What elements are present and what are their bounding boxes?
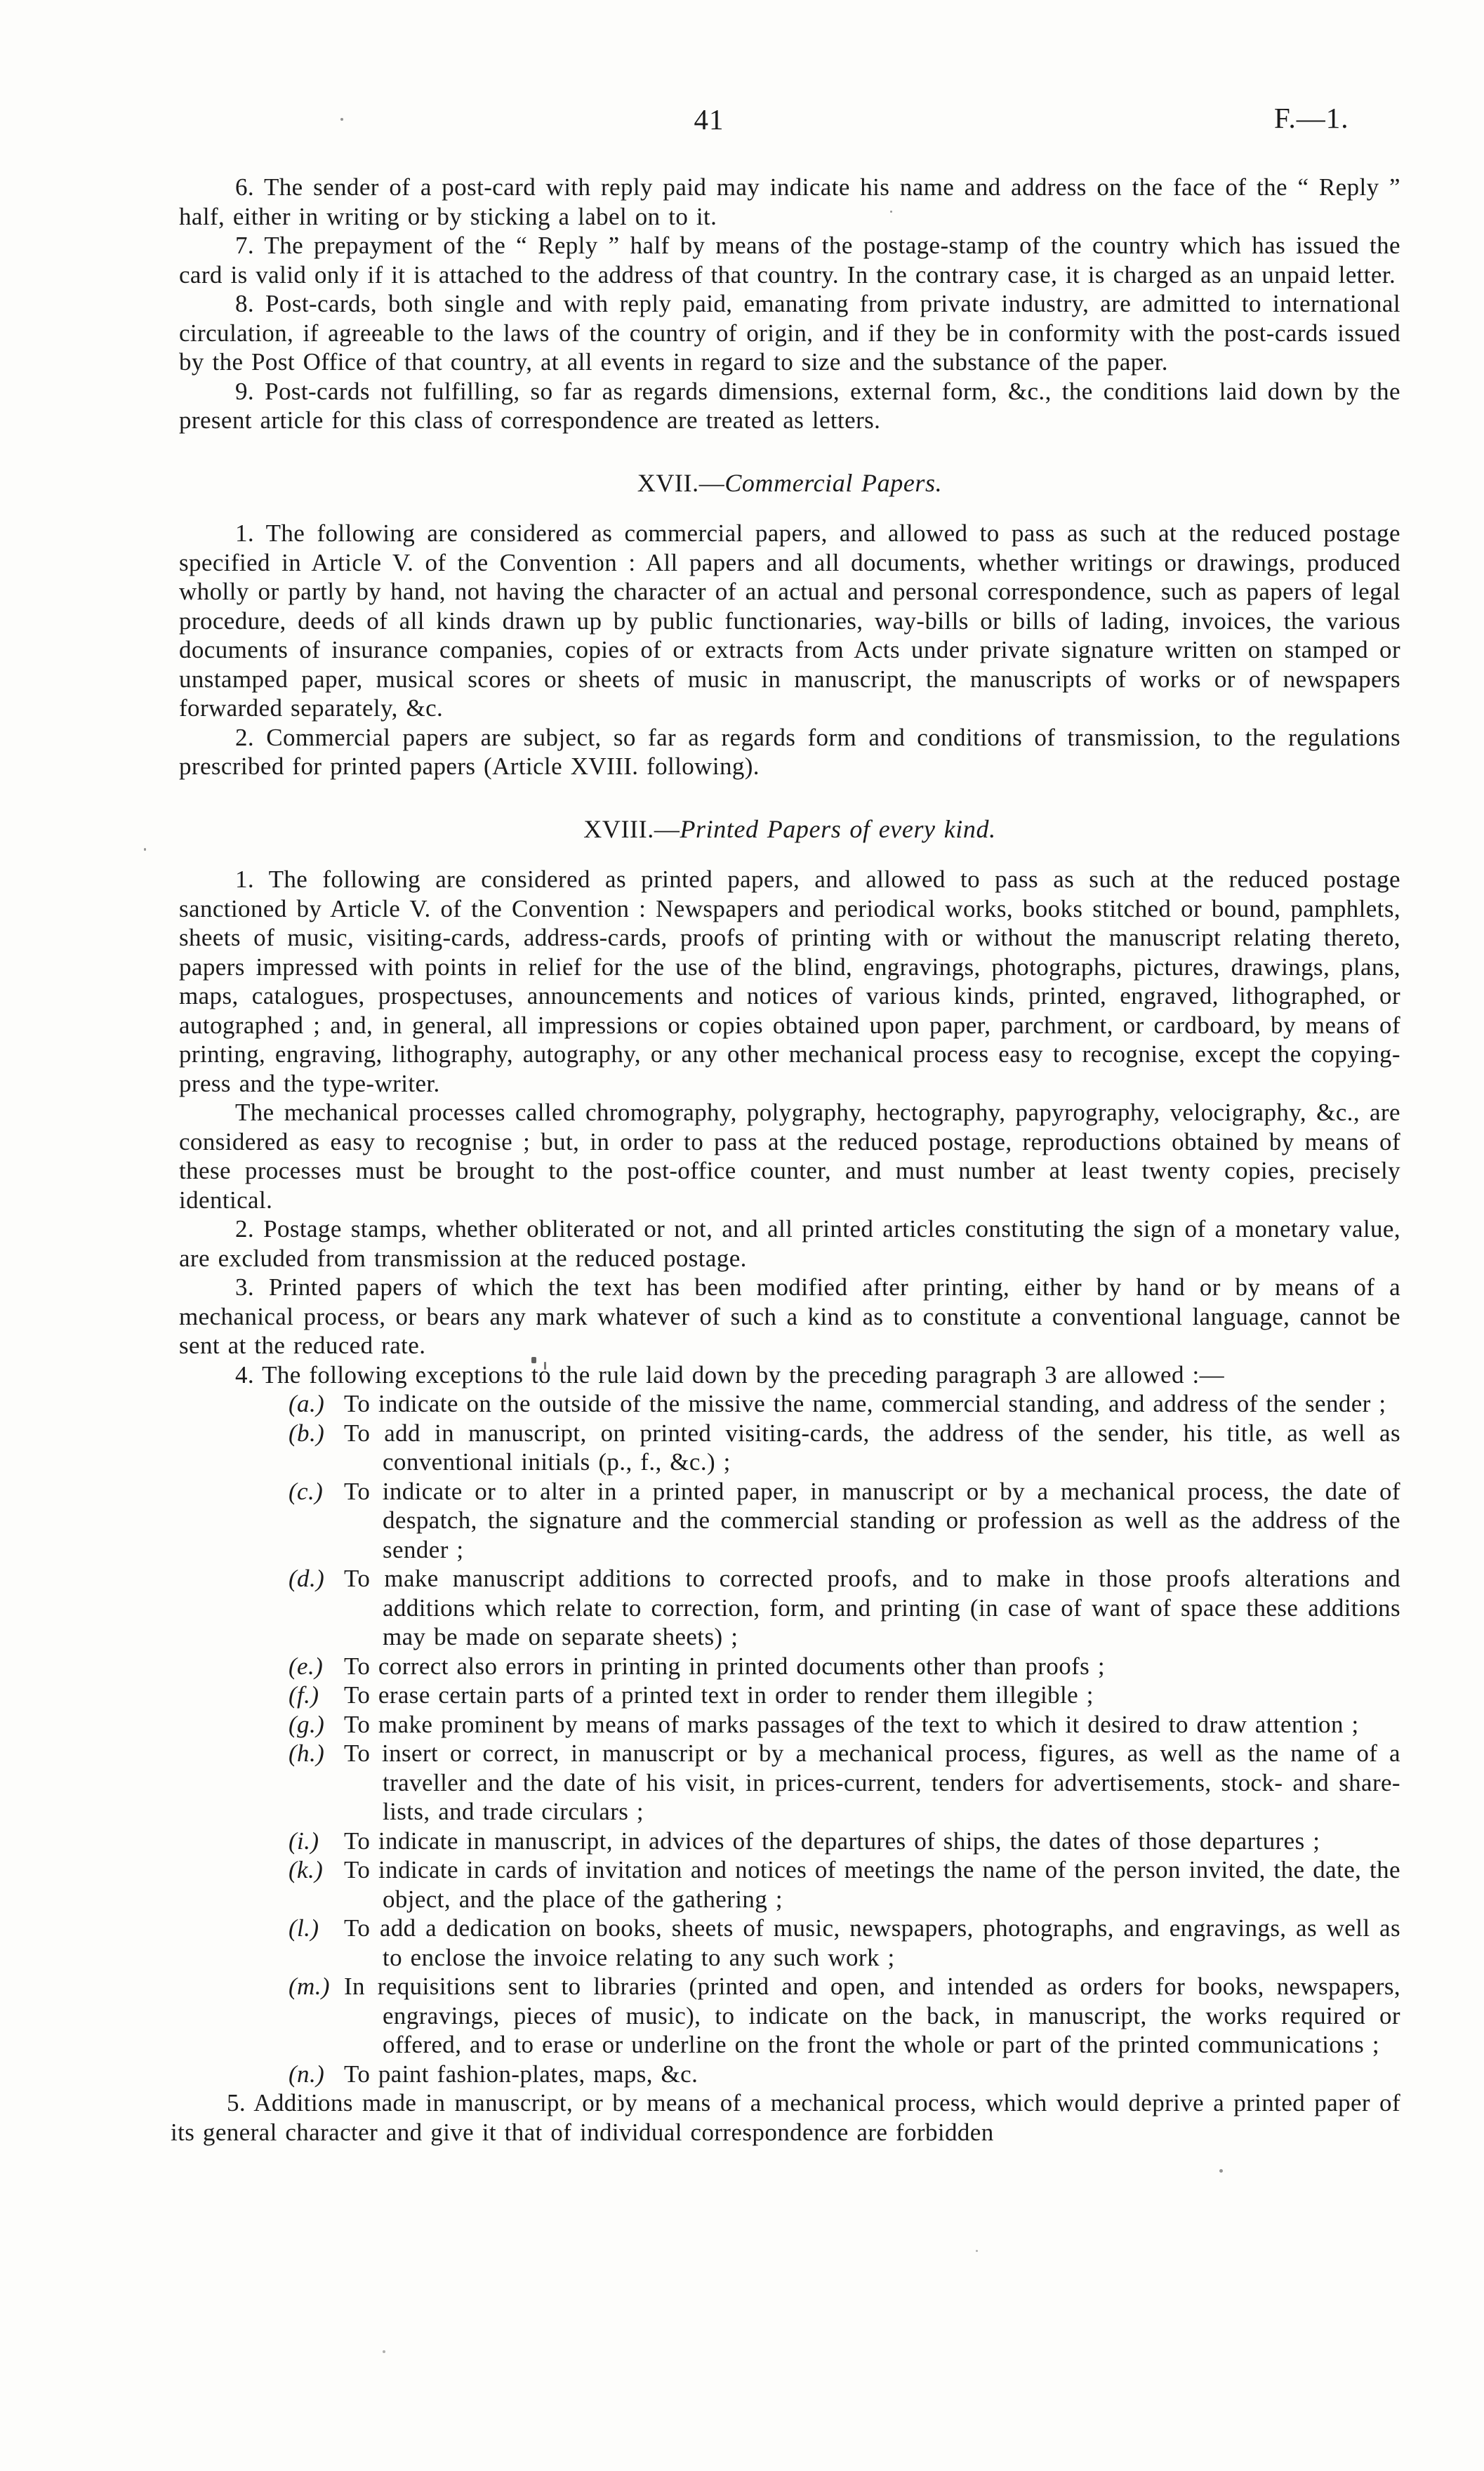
scan-speck — [144, 848, 146, 851]
printed-papers-paragraph-2: 2. Postage stamps, whether obliterated o… — [179, 1214, 1400, 1273]
scan-speck — [340, 118, 343, 121]
exception-label: (m.) — [289, 1972, 344, 2001]
paragraph-9-noncompliant-postcards: 9. Post-cards not fulfilling, so far as … — [179, 377, 1400, 435]
section-number-xviii: XVIII.— — [583, 815, 680, 843]
exception-item-k: (k.)To indicate in cards of invitation a… — [179, 1855, 1400, 1914]
exception-label: (f.) — [289, 1681, 344, 1710]
exception-label: (n.) — [289, 2060, 344, 2089]
printed-papers-paragraph-1: 1. The following are considered as print… — [179, 865, 1400, 1098]
exception-item-h: (h.)To insert or correct, in manuscript … — [179, 1739, 1400, 1827]
section-title-printed-papers: Printed Papers of every kind. — [680, 815, 995, 843]
exception-text: To make prominent by means of marks pass… — [344, 1711, 1359, 1738]
section-heading-xvii: XVII.—Commercial Papers. — [179, 469, 1400, 498]
exception-label: (k.) — [289, 1855, 344, 1885]
exception-text: To erase certain parts of a printed text… — [344, 1681, 1094, 1709]
exception-item-a: (a.)To indicate on the outside of the mi… — [179, 1389, 1400, 1419]
exception-text: To correct also errors in printing in pr… — [344, 1652, 1105, 1680]
exception-label: (i.) — [289, 1827, 344, 1856]
commercial-papers-paragraph-2: 2. Commercial papers are subject, so far… — [179, 723, 1400, 781]
exception-label: (d.) — [289, 1564, 344, 1594]
exception-item-m: (m.)In requisitions sent to libraries (p… — [179, 1972, 1400, 2060]
exception-text: To indicate in manuscript, in advices of… — [344, 1827, 1320, 1855]
exception-item-e: (e.)To correct also errors in printing i… — [179, 1652, 1400, 1681]
printed-papers-paragraph-3: 3. Printed papers of which the text has … — [179, 1273, 1400, 1360]
exception-text: In requisitions sent to libraries (print… — [344, 1973, 1400, 2058]
exception-label: (e.) — [289, 1652, 344, 1681]
document-body: 6. The sender of a post-card with reply … — [179, 173, 1400, 2147]
exception-item-l: (l.)To add a dedication on books, sheets… — [179, 1914, 1400, 1972]
folio-mark: F.—1. — [1274, 101, 1349, 135]
exception-item-b: (b.)To add in manuscript, on printed vis… — [179, 1419, 1400, 1477]
exception-text: To indicate in cards of invitation and n… — [344, 1856, 1400, 1913]
section-number-xvii: XVII.— — [637, 469, 725, 497]
commercial-papers-paragraph-1: 1. The following are considered as comme… — [179, 519, 1400, 723]
exception-label: (h.) — [289, 1739, 344, 1768]
paragraph-7-prepayment: 7. The prepayment of the “ Reply ” half … — [179, 231, 1400, 289]
exception-item-g: (g.)To make prominent by means of marks … — [179, 1710, 1400, 1740]
exception-label: (c.) — [289, 1477, 344, 1506]
exception-item-d: (d.)To make manuscript additions to corr… — [179, 1564, 1400, 1652]
scan-speck — [1219, 2169, 1223, 2173]
exception-item-f: (f.)To erase certain parts of a printed … — [179, 1681, 1400, 1710]
exception-label: (l.) — [289, 1914, 344, 1943]
exception-text: To add in manuscript, on printed visitin… — [344, 1419, 1400, 1476]
section-title-commercial-papers: Commercial Papers. — [724, 469, 942, 497]
page-number: 41 — [653, 102, 765, 136]
exception-label: (a.) — [289, 1389, 344, 1419]
exception-text: To insert or correct, in manuscript or b… — [344, 1740, 1400, 1825]
printed-papers-paragraph-5: 5. Additions made in manuscript, or by m… — [171, 2088, 1400, 2147]
exception-text: To paint fashion-plates, maps, &c. — [344, 2060, 698, 2088]
section-heading-xviii: XVIII.—Printed Papers of every kind. — [179, 815, 1400, 844]
exception-item-c: (c.)To indicate or to alter in a printed… — [179, 1477, 1400, 1565]
exception-list: (a.)To indicate on the outside of the mi… — [179, 1389, 1400, 2088]
exception-label: (g.) — [289, 1710, 344, 1740]
exception-item-n: (n.)To paint fashion-plates, maps, &c. — [179, 2060, 1400, 2089]
printed-papers-paragraph-1-continued: The mechanical processes called chromogr… — [179, 1098, 1400, 1214]
scan-speck — [383, 2350, 385, 2353]
exception-text: To indicate or to alter in a printed pap… — [344, 1478, 1400, 1563]
paragraph-8-private-industry: 8. Post-cards, both single and with repl… — [179, 289, 1400, 377]
printed-papers-paragraph-4-intro: 4. The following exceptions to the rule … — [179, 1360, 1400, 1390]
exception-label: (b.) — [289, 1419, 344, 1448]
scanned-document-page: 41 F.—1. 6. The sender of a post-card wi… — [0, 0, 1484, 2471]
exception-item-i: (i.)To indicate in manuscript, in advice… — [179, 1827, 1400, 1856]
paragraph-6-postcard-sender: 6. The sender of a post-card with reply … — [179, 173, 1400, 231]
exception-text: To add a dedication on books, sheets of … — [344, 1914, 1400, 1971]
scan-speck — [976, 2250, 978, 2252]
exception-text: To indicate on the outside of the missiv… — [344, 1390, 1386, 1417]
exception-text: To make manuscript additions to correcte… — [344, 1565, 1400, 1650]
